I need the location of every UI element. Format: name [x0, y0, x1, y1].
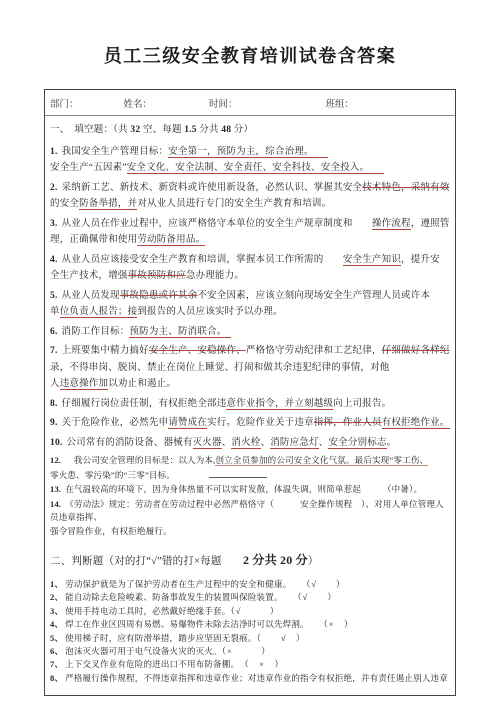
exam-body: 一、 填空题：（共 32 空、每题 1.5 分共 48 分） 1.我国安全生产管…: [45, 116, 455, 695]
question-number: 10.: [50, 438, 62, 448]
answer-underline: 有权拒绝作业。: [382, 418, 450, 429]
text-run: 能自动除去危险峻素、防备事故发生的装置叫保险装置。: [65, 592, 278, 602]
text-run: 、: [261, 438, 271, 448]
fill-question-12: 12. 我公司安全管理的目标是：以人为本,创立全员参加的公司安全文化气氛。最后实…: [50, 454, 450, 482]
blank-count: 32: [130, 125, 140, 135]
fill-question-4: 4.从业人员应该接受安全生产教育和培训，掌握本员工作所需的 安全生产知识，提升安…: [50, 252, 450, 285]
answer-underline: 灭火器: [193, 438, 222, 449]
fill-question-14: 14.《劳动法》规定：劳动者在劳动过程中必然严格恪守（ 安全操作规程 ）、对用人…: [50, 498, 450, 539]
text-run: 录，不得串岗、脱岗、禁止在岗位上睡觉、打闹和做其余违犯纪律的事情，对他: [50, 363, 390, 373]
text-run: 我国安全生产管理目标：: [62, 147, 169, 157]
fill-question-10: 10.公司常有的消防设备、器械有灭火器、消火栓、消防应急灯、安全分别标志。: [50, 435, 450, 452]
text-run: 零火患、零污染”的“三零”目标。: [50, 470, 175, 480]
blank-line: [209, 468, 267, 478]
text-run: 急办理能力。: [186, 271, 244, 281]
answer-underline: 防备举措，并: [79, 199, 137, 210]
question-number: 2、: [50, 592, 63, 602]
text-run: 实行。危险作业关于违章: [207, 418, 314, 428]
judge-answer: （× ）: [305, 619, 354, 629]
text-run: 泡沫灭火器可用于电气设备火灾的灭火。: [65, 646, 222, 656]
text-run: 到报告的人员应该实时予以办理。: [137, 307, 283, 317]
question-number: 13.: [50, 484, 61, 494]
info-header-row: 部门： 姓名： 时间： 班组：: [45, 90, 455, 116]
answer-underline: 预防为主、防消联合。: [129, 327, 231, 338]
text-run: 向上司报告。: [333, 399, 391, 409]
answer-underline: 安全法制、: [175, 163, 224, 174]
answer-strike: 指挥，作业人员: [314, 418, 382, 428]
text-run: 、: [319, 438, 329, 448]
answer-underline: 创立全员参加的公司安全文化气氛。最后实现“零工伤、: [215, 455, 428, 466]
text-run: 、: [222, 438, 232, 448]
fill-question-1: 1.我国安全生产管理目标：安全第一，预防为主，综合治理。 安全生产“五因素”安全…: [50, 144, 450, 177]
text-run: 安全生产“五因素”: [50, 163, 127, 173]
text-run: 仔细履行岗位责任制，有权拒绝全部违: [62, 399, 227, 409]
text-run: 消防工作目标：: [62, 327, 130, 337]
text-run: ）: [308, 556, 319, 567]
text-run: 二、判断题（对的打“√”错的打×每题: [50, 556, 243, 567]
judge-answer: （√ ）: [278, 592, 336, 602]
text-run: 我公司安全管理的目标是：以人为本,: [65, 455, 215, 465]
question-number: 6.: [50, 327, 58, 337]
judge-answer: （√ ）: [287, 579, 345, 589]
text-run: 单: [50, 307, 60, 317]
fill-question-9: 9.关于危险作业，必然先申请赞成在实行。危险作业关于违章指挥，作业人员有权拒绝作…: [50, 415, 450, 432]
answer-underline: 安全责任、: [224, 163, 273, 174]
text-run: 空、每题: [140, 125, 184, 135]
text-run: 《劳动法》规定：劳动者在劳动过程中必然严格恪守（ 安全操作规程 ）、对用人单位管…: [50, 499, 444, 523]
group-label: 班组：: [326, 96, 355, 110]
time-label: 时间：: [209, 96, 238, 110]
text-run: 全生产技术，增强: [50, 271, 128, 281]
question-number: 4.: [50, 255, 58, 265]
text-run: 劳动保护就是为了保护劳动者在生产过程中的安全和健康。: [65, 579, 287, 589]
text-run: 不安全因素，应该立刻向现场安全生产管理人员或许本: [197, 291, 430, 301]
question-number: 8、: [50, 673, 63, 683]
text-run: 上下交叉作业有危险的进出口不用布防备棚。: [65, 659, 235, 669]
answer-underline: 安全生产知识: [343, 255, 401, 266]
answer-strike: 仔细做好各样纪: [382, 346, 450, 356]
question-number: 3、: [50, 606, 63, 616]
text-run: 在气温较高的环境下，因为身体热量不可以实时发散，体温失调，则简单惹起 （中暑）。: [65, 484, 422, 494]
text-run: 。: [387, 438, 397, 448]
judge-question-list: 1、劳动保护就是为了保护劳动者在生产过程中的安全和健康。 （√ ） 2、能自动除…: [50, 578, 450, 685]
judge-item-1: 1、劳动保护就是为了保护劳动者在生产过程中的安全和健康。 （√ ）: [50, 578, 450, 591]
answer-underline: 消火栓: [231, 438, 260, 449]
name-label: 姓名：: [124, 96, 153, 110]
fill-question-3: 3.从业人员在作业过程中，应该严格恪守本单位的安全生产规章制度和 操作流程，遵照…: [50, 216, 450, 249]
fill-question-5: 5.从业人员发现事故隐患或许其余不安全因素，应该立刻向现场安全生产管理人员或许本…: [50, 288, 450, 321]
text-run: 从业人员发现: [62, 291, 120, 301]
text-run: 使用梯子时，应有防滑举措，踏步应坚固无裂痕。: [65, 633, 256, 643]
answer-underline: 违意操作加: [60, 379, 109, 390]
answer-underline: 安全文化、: [127, 163, 176, 174]
text-run: 采纳新工艺、新技术、新资料或许使用新设备，必然认识、掌握其安全: [62, 183, 363, 193]
judge-answer: （√ ）: [230, 606, 279, 616]
fill-question-2: 2.采纳新工艺、新技术、新资料或许使用新设备，必然认识、掌握其安全技术特色，采纳…: [50, 180, 450, 213]
question-number: 4、: [50, 619, 63, 629]
answer-underline: 消防应急灯: [270, 438, 319, 449]
judge-item-6: 6、泡沫灭火器可用于电气设备火灾的灭火。（× ）: [50, 645, 450, 658]
text-run: 分）: [231, 125, 253, 135]
answer-underline: 安全投入。: [321, 163, 384, 174]
answer-underline: 操作流程: [372, 219, 411, 230]
fill-question-13: 13.在气温较高的环境下，因为身体热量不可以实时发散，体温失调，则简单惹起 （中…: [50, 483, 450, 497]
answer-underline: 安全科技、: [272, 163, 321, 174]
answer-strike: 技术特色，采纳有效: [362, 183, 449, 193]
text-run: 使用手持电动工具时，必然戴好绝缘手套。: [65, 606, 230, 616]
text-run: 人: [50, 379, 60, 389]
text-run: 焊工在作业区四周有易燃、易爆物件未除去洁净时可以先焊割。: [65, 619, 304, 629]
text-run: 以劝止和遏止。: [108, 379, 176, 389]
question-number: 6、: [50, 646, 63, 656]
question-number: 1.: [50, 147, 58, 157]
judge-item-4: 4、焊工在作业区四周有易燃、易爆物件未除去洁净时可以先焊割。 （× ）: [50, 618, 450, 631]
text-run: 严格履行操作规程，不得违章指挥和违章作业；对违章作业的指令有权拒绝，并有责任遏止…: [65, 673, 448, 683]
dept-label: 部门：: [50, 96, 79, 110]
exam-sheet: 部门： 姓名： 时间： 班组： 一、 填空题：（共 32 空、每题 1.5 分共…: [44, 89, 456, 696]
text-run: ，提升安: [401, 255, 440, 265]
question-number: 1、: [50, 579, 63, 589]
judge-item-3: 3、使用手持电动工具时，必然戴好绝缘手套。（√ ）: [50, 605, 450, 618]
question-number: 9.: [50, 418, 58, 428]
question-number: 5、: [50, 633, 63, 643]
text-run: 从业人员在作业过程中，应该严格恪守本单位的安全生产规章制度和: [62, 219, 372, 229]
section2-score: 2 分共 20 分: [243, 553, 308, 567]
question-number: 8.: [50, 399, 58, 409]
text-run: 一、 填空题：（共: [50, 125, 130, 135]
section2-heading: 二、判断题（对的打“√”错的打×每题 2 分共 20 分）: [50, 551, 450, 571]
text-run: 从业人员应该接受安全生产教育和培训，掌握本员工作所需的: [62, 255, 343, 265]
page-title: 员工三级安全教育培训试卷含答案: [0, 0, 500, 68]
text-run: 理，正确佩带和使用: [50, 235, 137, 245]
text-run: ，遵照管: [411, 219, 450, 229]
question-number: 12.: [50, 455, 61, 465]
text-run: 公司常有的消防设备、器械有: [66, 438, 192, 448]
per-score: 1.5: [184, 125, 196, 135]
answer-underline: 请赞成在: [168, 418, 207, 429]
total-score: 48: [221, 125, 231, 135]
answer-underline: 意作业指令，并立刻越级: [226, 399, 333, 410]
text-run: 对从业人员进行专门的安全生产教育和培训。: [137, 199, 331, 209]
answer-strike: 事故预防和应: [128, 271, 186, 281]
fill-question-6: 6.消防工作目标：预防为主、防消联合。: [50, 324, 450, 341]
question-number: 7.: [50, 346, 58, 356]
judge-item-2: 2、能自动除去危险峻素、防备事故发生的装置叫保险装置。 （√ ）: [50, 591, 450, 604]
answer-strike: 安全生产、安稳操作、: [149, 346, 246, 356]
section1-heading: 一、 填空题：（共 32 空、每题 1.5 分共 48 分）: [50, 122, 450, 139]
question-number: 7、: [50, 659, 63, 669]
text-run: 的安全: [50, 199, 79, 209]
text-run: 分共: [197, 125, 222, 135]
text-run: 强令冒险作业，有权拒绝履行。: [50, 526, 172, 536]
answer-strike: 事故隐患或许其余: [120, 291, 198, 301]
answer-underline: 劳动防备用品。: [137, 235, 205, 246]
question-number: 3.: [50, 219, 58, 229]
judge-answer: （ √ ）: [257, 633, 306, 643]
fill-question-8: 8.仔细履行岗位责任制，有权拒绝全部违意作业指令，并立刻越级向上司报告。: [50, 396, 450, 413]
text-run: 严格恪守劳动纪律和工艺纪律，: [246, 346, 382, 356]
question-number: 14.: [50, 499, 61, 509]
judge-item-7: 7、上下交叉作业有危险的进出口不用布防备棚。 （ × ）: [50, 658, 450, 671]
question-number: 5.: [50, 291, 58, 301]
question-number: 2.: [50, 183, 58, 193]
answer-underline: 位负责人报告；接: [60, 307, 138, 318]
text-run: 上班要集中精力搞好: [62, 346, 149, 356]
answer-underline: 安全分别标志: [328, 438, 386, 449]
answer-underline: 安全第一，预防为主，综合治理。: [168, 147, 328, 158]
judge-answer: （× ）: [222, 646, 271, 656]
judge-item-5: 5、使用梯子时，应有防滑举措，踏步应坚固无裂痕。（ √ ）: [50, 632, 450, 645]
text-run: 关于危险作业，必然先申: [62, 418, 169, 428]
fill-question-7: 7.上班要集中精力搞好安全生产、安稳操作、严格恪守劳动纪律和工艺纪律，仔细做好各…: [50, 343, 450, 393]
judge-item-8: 8、严格履行操作规程，不得违章指挥和违章作业；对违章作业的指令有权拒绝，并有责任…: [50, 672, 450, 685]
document-page: 员工三级安全教育培训试卷含答案 部门： 姓名： 时间： 班组： 一、 填空题：（…: [0, 0, 500, 708]
judge-answer: （ × ）: [235, 659, 284, 669]
